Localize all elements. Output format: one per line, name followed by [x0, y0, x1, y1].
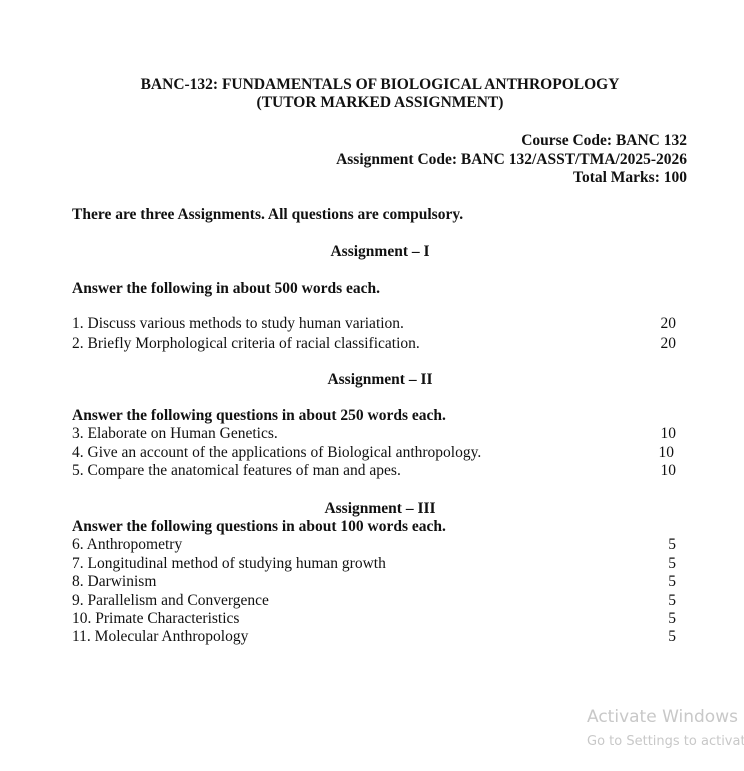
- question-1-marks: 20: [636, 315, 676, 333]
- assignment-1-heading: Assignment – I: [0, 243, 744, 261]
- course-code: Course Code: BANC 132: [521, 132, 687, 150]
- assignment-2-instruction: Answer the following questions in about …: [72, 407, 446, 425]
- question-5: 5. Compare the anatomical features of ma…: [72, 462, 401, 480]
- question-4-marks: 10: [634, 444, 674, 462]
- question-6-marks: 5: [636, 536, 676, 554]
- question-6: 6. Anthropometry: [72, 536, 182, 554]
- assignment-2-heading: Assignment – II: [0, 371, 744, 389]
- document-subtitle: (TUTOR MARKED ASSIGNMENT): [0, 94, 744, 112]
- question-3-marks: 10: [636, 425, 676, 443]
- document-title: BANC-132: FUNDAMENTALS OF BIOLOGICAL ANT…: [0, 76, 744, 94]
- question-10: 10. Primate Characteristics: [72, 610, 239, 628]
- question-3: 3. Elaborate on Human Genetics.: [72, 425, 278, 443]
- question-9-marks: 5: [636, 592, 676, 610]
- question-5-marks: 10: [636, 462, 676, 480]
- assignment-3-instruction: Answer the following questions in about …: [72, 518, 446, 536]
- question-7: 7. Longitudinal method of studying human…: [72, 555, 386, 573]
- total-marks: Total Marks: 100: [573, 169, 687, 187]
- intro-text: There are three Assignments. All questio…: [72, 206, 463, 224]
- question-4: 4. Give an account of the applications o…: [72, 444, 481, 462]
- activate-windows-hint: Go to Settings to activat: [587, 734, 744, 749]
- question-10-marks: 5: [636, 610, 676, 628]
- question-7-marks: 5: [636, 555, 676, 573]
- assignment-3-heading: Assignment – III: [0, 500, 744, 518]
- question-2: 2. Briefly Morphological criteria of rac…: [72, 335, 420, 353]
- question-8: 8. Darwinism: [72, 573, 156, 591]
- question-11-marks: 5: [636, 628, 676, 646]
- question-1: 1. Discuss various methods to study huma…: [72, 315, 404, 333]
- question-9: 9. Parallelism and Convergence: [72, 592, 269, 610]
- question-8-marks: 5: [636, 573, 676, 591]
- question-11: 11. Molecular Anthropology: [72, 628, 248, 646]
- activate-windows-watermark: Activate Windows: [587, 707, 738, 727]
- assignment-code: Assignment Code: BANC 132/ASST/TMA/2025-…: [336, 151, 687, 169]
- question-2-marks: 20: [636, 335, 676, 353]
- assignment-1-instruction: Answer the following in about 500 words …: [72, 280, 380, 298]
